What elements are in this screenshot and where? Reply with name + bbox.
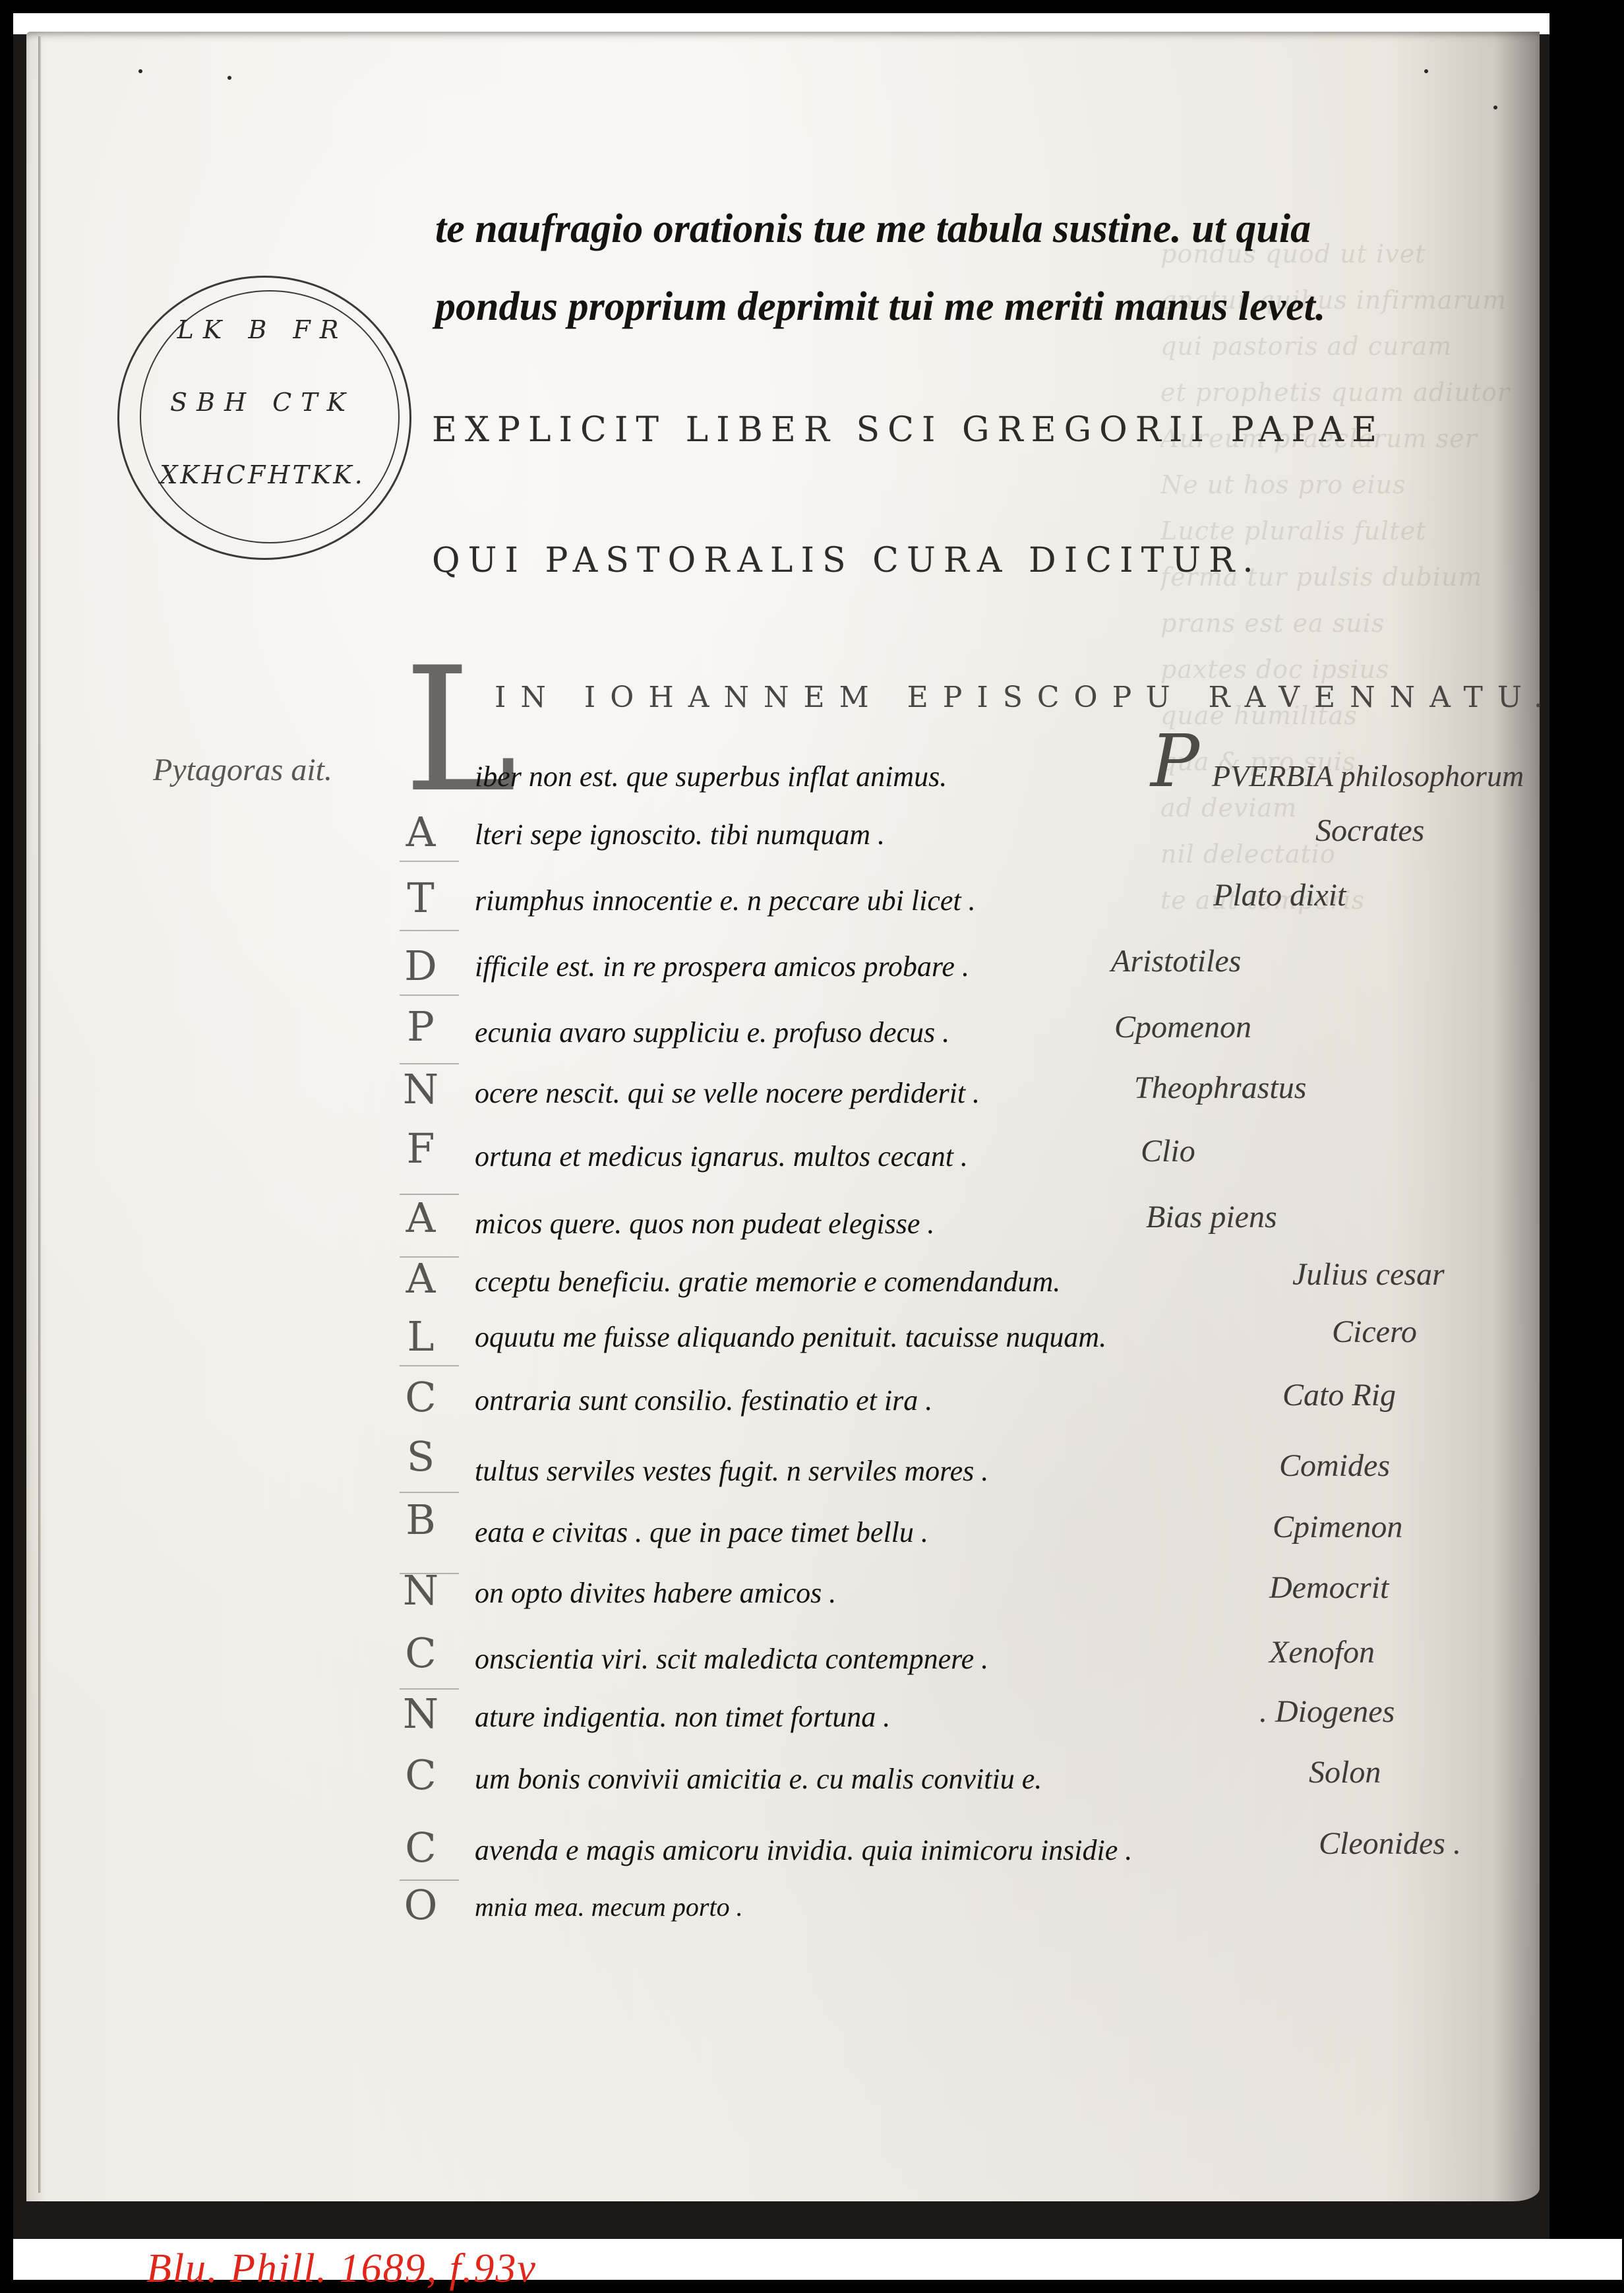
saying-text: tultus serviles vestes fugit. n serviles… bbox=[475, 1454, 988, 1488]
shelfmark-annotation: Blu. Phill. 1689, f.93v bbox=[146, 2246, 537, 2292]
seal-line-2: SBH CTK bbox=[117, 388, 407, 417]
saying-text: cceptu beneficiu. gratie memorie e comen… bbox=[475, 1265, 1060, 1299]
saying-text: onscientia viri. scit maledicta contempn… bbox=[475, 1642, 988, 1676]
philosopher-name: Cpimenon bbox=[1273, 1509, 1402, 1545]
philosopher-name: Comides bbox=[1279, 1448, 1390, 1484]
philosopher-name: Bias piens bbox=[1146, 1199, 1277, 1235]
philosopher-name: Aristotiles bbox=[1111, 943, 1241, 979]
saying-text: ature indigentia. non timet fortuna . bbox=[475, 1700, 890, 1734]
ink-speck bbox=[138, 69, 142, 73]
proverbia-title: PVERBIA philosophorum bbox=[1212, 758, 1524, 793]
decorated-initial-P: P bbox=[1151, 719, 1199, 803]
opening-line-1: te naufragio orationis tue me tabula sus… bbox=[435, 206, 1311, 253]
saying-initial: F bbox=[401, 1124, 440, 1173]
ink-speck bbox=[1493, 106, 1497, 109]
philosopher-name: Cicero bbox=[1332, 1314, 1417, 1350]
saying-text: ecunia avaro suppliciu e. profuso decus … bbox=[475, 1016, 949, 1049]
saying-text: mnia mea. mecum porto . bbox=[475, 1891, 743, 1922]
saying-initial: A bbox=[401, 1194, 440, 1242]
saying-initial: C bbox=[401, 1373, 440, 1421]
explicit-line-2: QUI PASTORALIS CURA DICITUR. bbox=[432, 541, 1261, 580]
saying-initial: A bbox=[401, 1254, 440, 1302]
initial-rule bbox=[400, 861, 459, 862]
saying-initial: P bbox=[401, 1002, 440, 1051]
saying-initial: D bbox=[401, 942, 440, 990]
saying-initial: N bbox=[401, 1566, 440, 1614]
saying-initial: T bbox=[401, 874, 440, 922]
seal-line-1: LK B FR bbox=[117, 315, 407, 344]
saying-text: ifficile est. in re prospera amicos prob… bbox=[475, 950, 969, 983]
margin-note-pytagoras: Pytagoras ait. bbox=[153, 752, 332, 788]
saying-initial: C bbox=[401, 1823, 440, 1872]
saying-text: ortuna et medicus ignarus. multos cecant… bbox=[475, 1140, 968, 1173]
philosopher-name: Julius cesar bbox=[1292, 1256, 1445, 1293]
philosopher-name: Plato dixit bbox=[1213, 877, 1346, 913]
ink-speck bbox=[1424, 69, 1428, 73]
saying-initial: B bbox=[401, 1496, 440, 1544]
saying-initial: C bbox=[401, 1629, 440, 1677]
saying-initial: C bbox=[401, 1751, 440, 1799]
saying-text: ontraria sunt consilio. festinatio et ir… bbox=[475, 1384, 932, 1417]
saying-initial: L bbox=[401, 1312, 440, 1361]
philosopher-name: Theophrastus bbox=[1134, 1070, 1306, 1106]
saying-initial: A bbox=[401, 808, 440, 856]
explicit-line-1: EXPLICIT LIBER SCI GREGORII PAPAE bbox=[432, 410, 1385, 450]
gutter-edge bbox=[38, 36, 41, 2193]
seal-line-3: XKHCFHTKK. bbox=[117, 460, 407, 489]
saying-initial: N bbox=[401, 1690, 440, 1738]
philosopher-name: Cleonides . bbox=[1319, 1825, 1461, 1862]
philosopher-name: Solon bbox=[1309, 1754, 1381, 1790]
saying-text: um bonis convivii amicitia e. cu malis c… bbox=[475, 1762, 1042, 1796]
saying-text: oquutu me fuisse aliquando penituit. tac… bbox=[475, 1320, 1106, 1354]
initial-rule bbox=[400, 1365, 459, 1366]
philosopher-name: Democrit bbox=[1269, 1570, 1389, 1606]
philosopher-name: Xenofon bbox=[1269, 1634, 1375, 1670]
dedication-heading: IN IOHANNEM EPISCOPU RAVENNATU. bbox=[495, 681, 1557, 714]
saying-text: on opto divites habere amicos . bbox=[475, 1576, 836, 1610]
philosopher-name: Cato Rig bbox=[1282, 1377, 1396, 1413]
philosopher-name: . Diogenes bbox=[1259, 1694, 1395, 1730]
philosopher-name: Clio bbox=[1141, 1133, 1195, 1169]
philosopher-name: Cpomenon bbox=[1114, 1009, 1251, 1045]
opening-line-2: pondus proprium deprimit tui me meriti m… bbox=[435, 284, 1325, 330]
philosopher-name: Socrates bbox=[1315, 812, 1424, 849]
initial-rule bbox=[400, 1492, 459, 1493]
saying-text: ocere nescit. qui se velle nocere perdid… bbox=[475, 1076, 980, 1110]
initial-rule bbox=[400, 930, 459, 931]
saying-text: riumphus innocentie e. n peccare ubi lic… bbox=[475, 884, 976, 917]
saying-initial: S bbox=[401, 1432, 440, 1481]
saying-initial: N bbox=[401, 1065, 440, 1113]
saying-initial: O bbox=[401, 1881, 440, 1929]
initial-rule bbox=[400, 1063, 459, 1064]
initial-rule bbox=[400, 994, 459, 996]
saying-text: avenda e magis amicoru invidia. quia ini… bbox=[475, 1833, 1132, 1867]
ink-speck bbox=[227, 76, 231, 80]
saying-text: eata e civitas . que in pace timet bellu… bbox=[475, 1515, 928, 1549]
saying-text: lteri sepe ignoscito. tibi numquam . bbox=[475, 818, 885, 851]
saying-text: micos quere. quos non pudeat elegisse . bbox=[475, 1207, 934, 1240]
saying-text: iber non est. que superbus inflat animus… bbox=[475, 760, 947, 793]
